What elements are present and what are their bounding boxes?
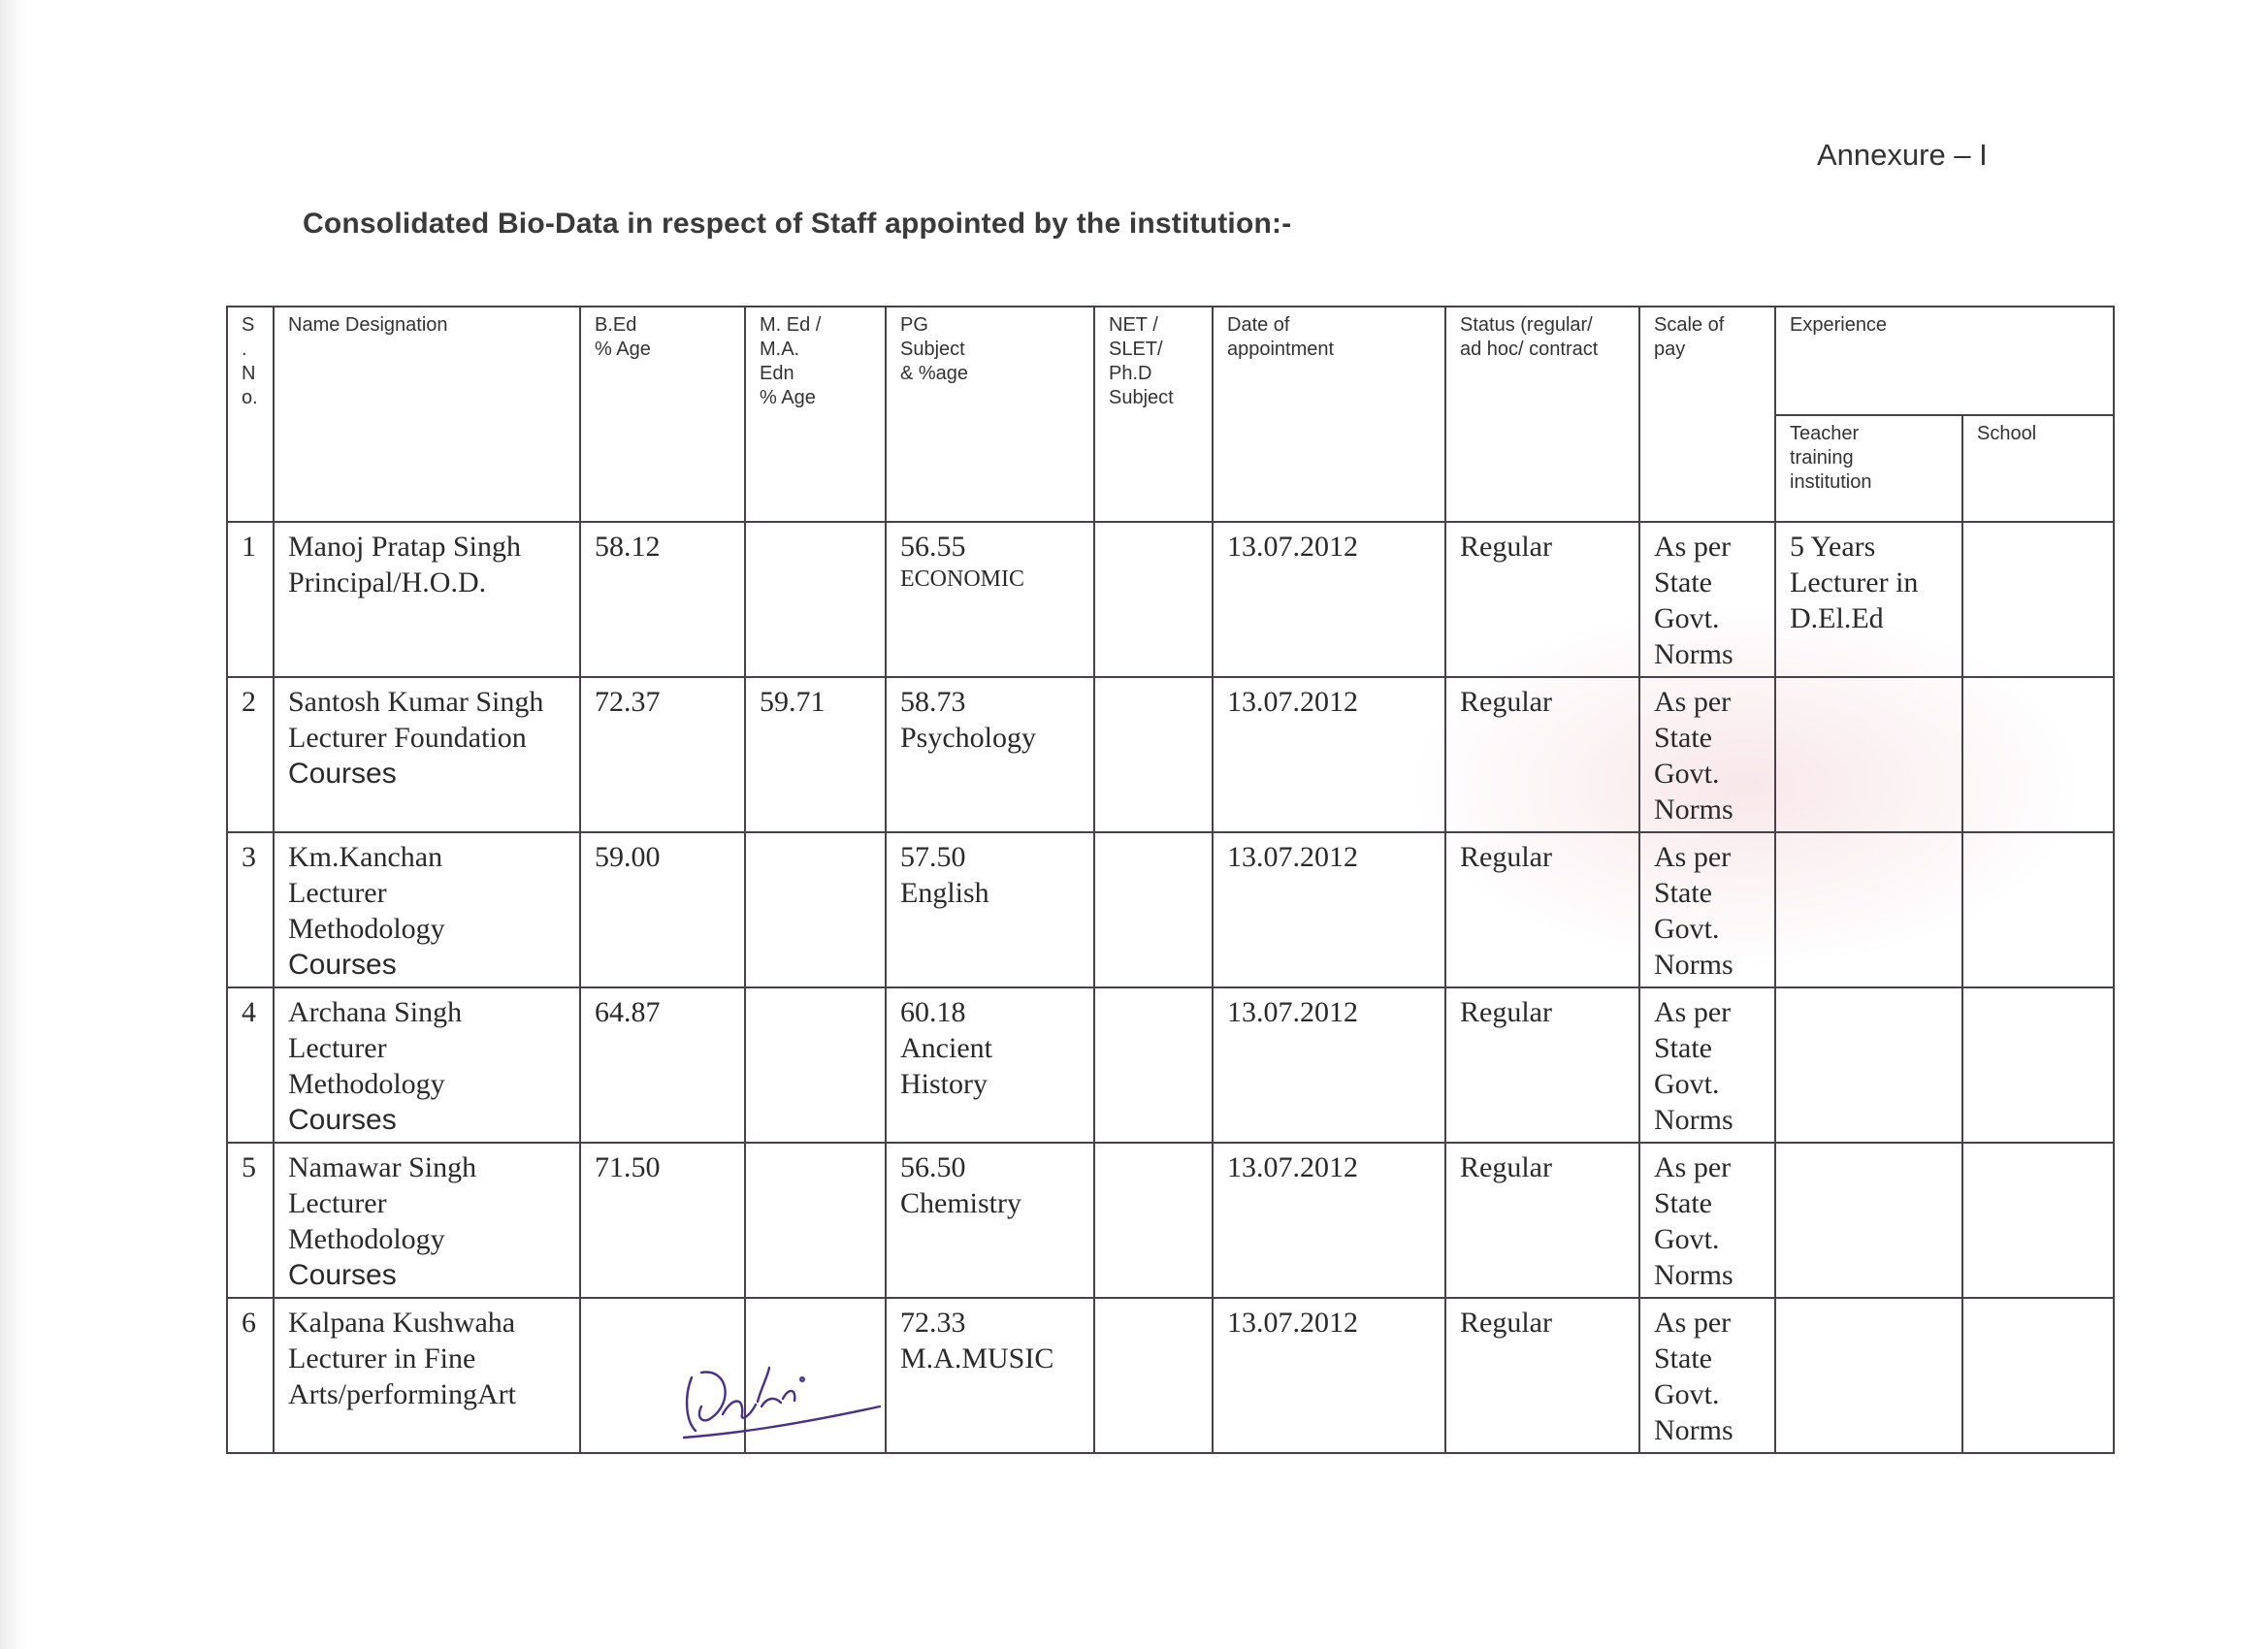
pg-subject: Chemistry	[900, 1185, 1084, 1221]
pg-subject: Ancient	[900, 1030, 1084, 1066]
cell-scale-of-pay: As perStateGovt.Norms	[1639, 1298, 1775, 1453]
cell-net-slet-phd	[1094, 677, 1213, 832]
pg-subject: History	[900, 1066, 1084, 1102]
pg-percentage: 72.33	[900, 1305, 1084, 1341]
table-row: 4Archana SinghLecturerMethodologyCourses…	[227, 987, 2114, 1143]
header-serial-number: S . N o.	[227, 307, 274, 522]
staff-name: Km.Kanchan	[288, 839, 569, 875]
signature-mark	[674, 1358, 897, 1445]
cell-exp-school	[1962, 522, 2114, 677]
annexure-label: Annexure – I	[1817, 138, 1988, 173]
cell-name-designation: Archana SinghLecturerMethodologyCourses	[274, 987, 580, 1143]
table-body: 1Manoj Pratap SinghPrincipal/H.O.D.58.12…	[227, 522, 2114, 1453]
staff-name: Kalpana Kushwaha	[288, 1305, 569, 1341]
cell-exp-school	[1962, 987, 2114, 1143]
cell-net-slet-phd	[1094, 832, 1213, 987]
cell-net-slet-phd	[1094, 1143, 1213, 1298]
pg-subject: ECONOMIC	[900, 565, 1084, 594]
pg-subject: Psychology	[900, 720, 1084, 756]
cell-name-designation: Namawar SinghLecturerMethodologyCourses	[274, 1143, 580, 1298]
cell-date-of-appointment: 13.07.2012	[1213, 1143, 1445, 1298]
pg-percentage: 60.18	[900, 994, 1084, 1030]
staff-name: Namawar Singh	[288, 1149, 569, 1185]
cell-net-slet-phd	[1094, 1298, 1213, 1453]
cell-net-slet-phd	[1094, 987, 1213, 1143]
cell-med-percentage: 59.71	[745, 677, 886, 832]
cell-serial-number: 3	[227, 832, 274, 987]
cell-name-designation: Manoj Pratap SinghPrincipal/H.O.D.	[274, 522, 580, 677]
designation-courses: Courses	[288, 1257, 569, 1293]
cell-exp-school	[1962, 1143, 2114, 1298]
cell-pg-subject: 56.50Chemistry	[886, 1143, 1094, 1298]
staff-biodata-table: S . N o. Name Designation B.Ed % Age M. …	[226, 306, 2115, 1454]
document-title: Consolidated Bio-Data in respect of Staf…	[303, 208, 1291, 241]
header-pg-subject: PG Subject & %age	[886, 307, 1094, 522]
table-row: 3Km.KanchanLecturerMethodologyCourses59.…	[227, 832, 2114, 987]
header-name-designation: Name Designation	[274, 307, 580, 522]
staff-name: Manoj Pratap Singh	[288, 529, 569, 565]
cell-serial-number: 6	[227, 1298, 274, 1453]
header-date-of-appointment: Date of appointment	[1213, 307, 1445, 522]
cell-date-of-appointment: 13.07.2012	[1213, 522, 1445, 677]
cell-exp-teacher-training	[1775, 987, 1962, 1143]
cell-exp-teacher-training	[1775, 1143, 1962, 1298]
pg-percentage: 56.50	[900, 1149, 1084, 1185]
pg-percentage: 58.73	[900, 684, 1084, 720]
cell-pg-subject: 56.55ECONOMIC	[886, 522, 1094, 677]
cell-scale-of-pay: As perStateGovt.Norms	[1639, 522, 1775, 677]
designation-courses: Courses	[288, 1102, 569, 1138]
cell-serial-number: 1	[227, 522, 274, 677]
cell-serial-number: 5	[227, 1143, 274, 1298]
cell-scale-of-pay: As perStateGovt.Norms	[1639, 1143, 1775, 1298]
table-row: 6Kalpana KushwahaLecturer in FineArts/pe…	[227, 1298, 2114, 1453]
cell-date-of-appointment: 13.07.2012	[1213, 832, 1445, 987]
designation-courses: Courses	[288, 947, 569, 983]
cell-bed-percentage: 59.00	[580, 832, 745, 987]
cell-name-designation: Kalpana KushwahaLecturer in FineArts/per…	[274, 1298, 580, 1453]
cell-name-designation: Santosh Kumar SinghLecturer FoundationCo…	[274, 677, 580, 832]
cell-status: Regular	[1445, 1298, 1639, 1453]
cell-serial-number: 2	[227, 677, 274, 832]
cell-scale-of-pay: As perStateGovt.Norms	[1639, 987, 1775, 1143]
cell-pg-subject: 58.73Psychology	[886, 677, 1094, 832]
cell-exp-school	[1962, 832, 2114, 987]
cell-bed-percentage: 58.12	[580, 522, 745, 677]
cell-status: Regular	[1445, 1143, 1639, 1298]
cell-exp-teacher-training	[1775, 832, 1962, 987]
cell-serial-number: 4	[227, 987, 274, 1143]
pg-percentage: 56.55	[900, 529, 1084, 565]
cell-med-percentage	[745, 1143, 886, 1298]
cell-scale-of-pay: As perStateGovt.Norms	[1639, 677, 1775, 832]
staff-name: Archana Singh	[288, 994, 569, 1030]
cell-bed-percentage: 71.50	[580, 1143, 745, 1298]
pg-subject: English	[900, 875, 1084, 911]
cell-name-designation: Km.KanchanLecturerMethodologyCourses	[274, 832, 580, 987]
cell-scale-of-pay: As perStateGovt.Norms	[1639, 832, 1775, 987]
table-row: 2Santosh Kumar SinghLecturer FoundationC…	[227, 677, 2114, 832]
pg-subject: M.A.MUSIC	[900, 1341, 1084, 1376]
cell-med-percentage	[745, 832, 886, 987]
header-bed-percentage: B.Ed % Age	[580, 307, 745, 522]
table-row: 5Namawar SinghLecturerMethodologyCourses…	[227, 1143, 2114, 1298]
scan-edge	[0, 0, 29, 1649]
cell-bed-percentage: 72.37	[580, 677, 745, 832]
cell-exp-teacher-training	[1775, 1298, 1962, 1453]
cell-status: Regular	[1445, 522, 1639, 677]
header-status: Status (regular/ ad hoc/ contract	[1445, 307, 1639, 522]
header-med-percentage: M. Ed / M.A. Edn % Age	[745, 307, 886, 522]
cell-pg-subject: 57.50English	[886, 832, 1094, 987]
cell-net-slet-phd	[1094, 522, 1213, 677]
header-net-slet-phd: NET / SLET/ Ph.D Subject	[1094, 307, 1213, 522]
header-experience: Experience	[1775, 307, 2114, 415]
pg-percentage: 57.50	[900, 839, 1084, 875]
header-exp-school: School	[1962, 415, 2114, 522]
header-scale-of-pay: Scale of pay	[1639, 307, 1775, 522]
cell-status: Regular	[1445, 677, 1639, 832]
cell-status: Regular	[1445, 987, 1639, 1143]
cell-pg-subject: 60.18AncientHistory	[886, 987, 1094, 1143]
cell-bed-percentage: 64.87	[580, 987, 745, 1143]
header-exp-teacher-training: Teacher training institution	[1775, 415, 1962, 522]
staff-name: Santosh Kumar Singh	[288, 684, 569, 720]
cell-pg-subject: 72.33M.A.MUSIC	[886, 1298, 1094, 1453]
table-row: 1Manoj Pratap SinghPrincipal/H.O.D.58.12…	[227, 522, 2114, 677]
designation-courses: Courses	[288, 756, 569, 792]
cell-exp-teacher-training	[1775, 677, 1962, 832]
cell-exp-school	[1962, 677, 2114, 832]
cell-med-percentage	[745, 522, 886, 677]
cell-date-of-appointment: 13.07.2012	[1213, 1298, 1445, 1453]
cell-date-of-appointment: 13.07.2012	[1213, 987, 1445, 1143]
cell-exp-teacher-training: 5 YearsLecturer inD.El.Ed	[1775, 522, 1962, 677]
cell-status: Regular	[1445, 832, 1639, 987]
cell-med-percentage	[745, 987, 886, 1143]
cell-date-of-appointment: 13.07.2012	[1213, 677, 1445, 832]
cell-exp-school	[1962, 1298, 2114, 1453]
